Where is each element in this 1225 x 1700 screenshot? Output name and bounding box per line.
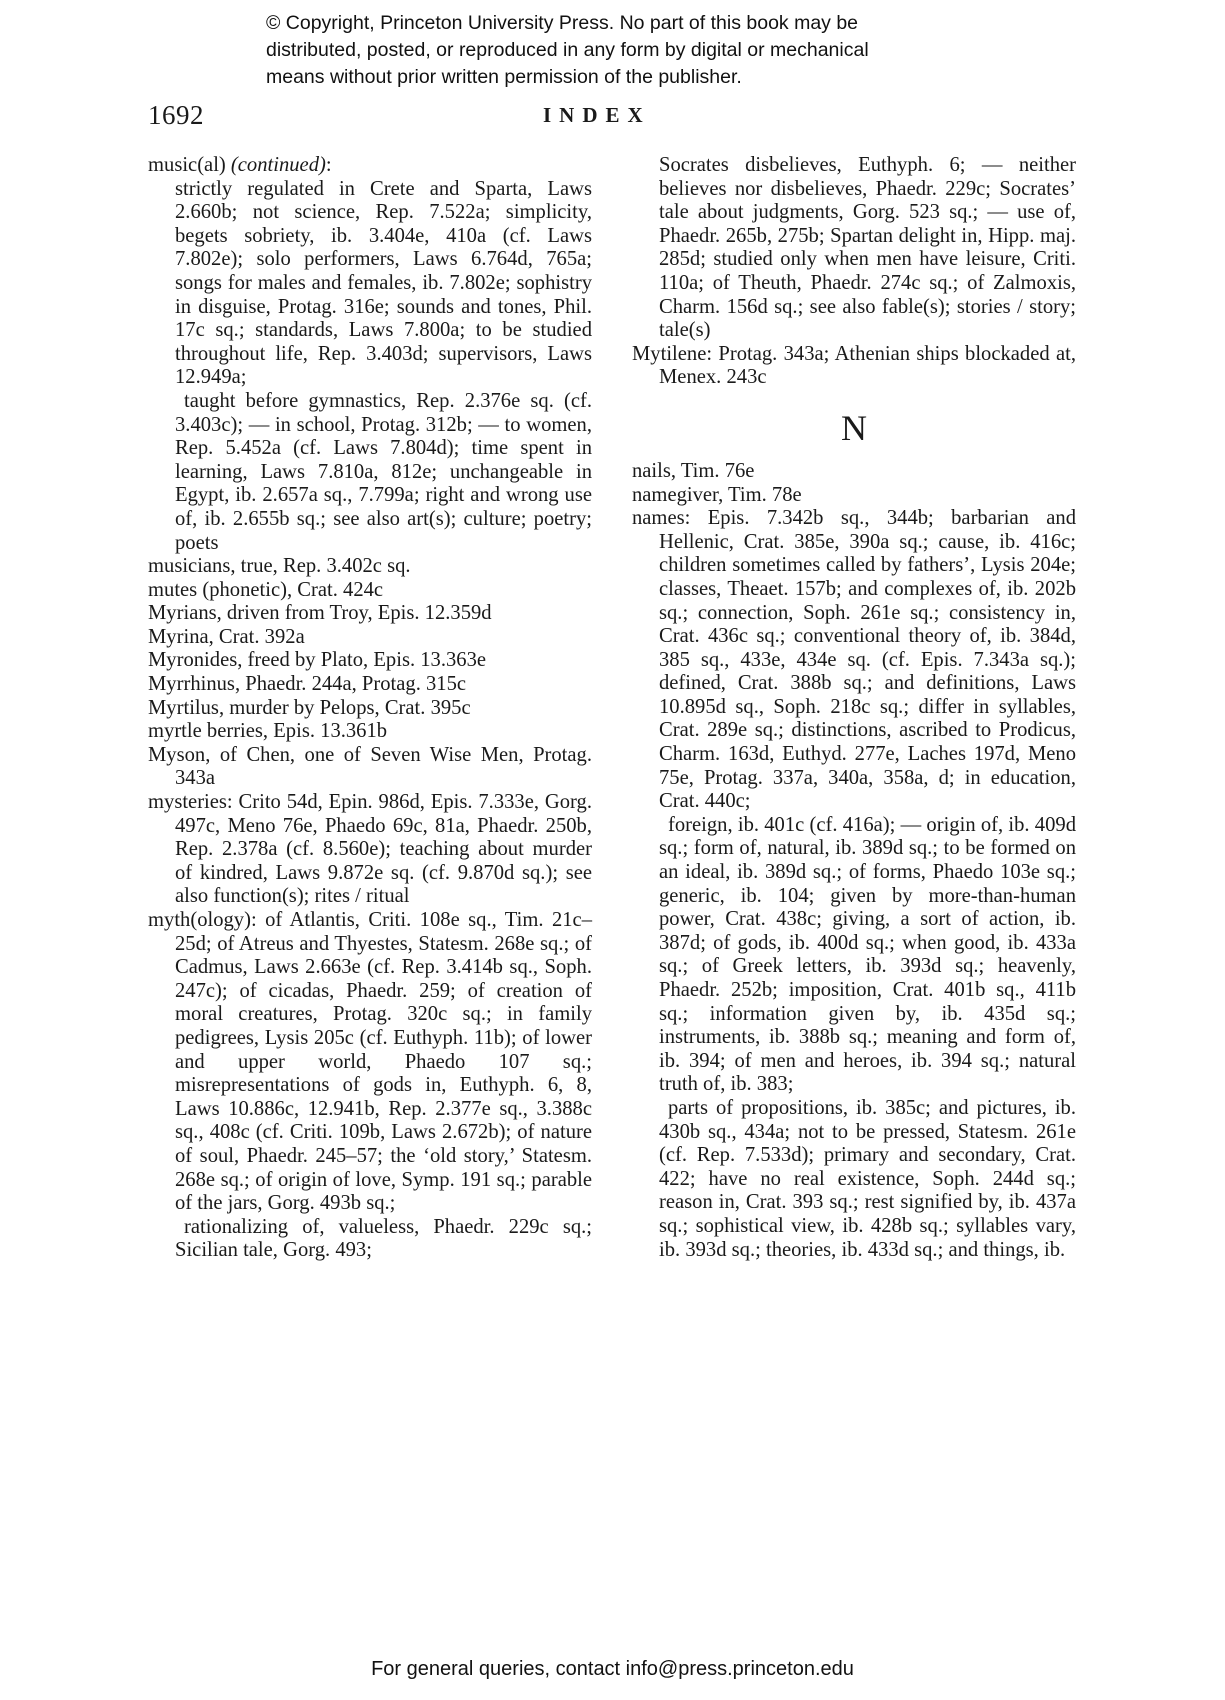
right-column: Socrates disbelieves, Euthyph. 6; — neit… [632,154,1076,1262]
index-subentry: strictly regulated in Crete and Sparta, … [148,178,592,390]
index-entry: myrtle berries, Epis. 13.361b [148,720,592,744]
index-subentry: Socrates disbelieves, Euthyph. 6; — neit… [632,154,1076,343]
index-entry: Myrians, driven from Troy, Epis. 12.359d [148,602,592,626]
index-entry: musicians, true, Rep. 3.402c sq. [148,555,592,579]
left-column: music(al) (continued): strictly regulate… [148,154,592,1263]
index-subentry: foreign, ib. 401c (cf. 416a); — origin o… [632,814,1076,1097]
copyright-line: means without prior written permission o… [266,64,986,91]
running-head: 1692 INDEX [148,100,1088,134]
index-entry: namegiver, Tim. 78e [632,484,1076,508]
index-entry: Myson, of Chen, one of Seven Wise Men, P… [148,744,592,791]
index-entry: music(al) (continued): [148,154,592,178]
index-entry: Myrrhinus, Phaedr. 244a, Protag. 315c [148,673,592,697]
index-entry: Myrtilus, murder by Pelops, Crat. 395c [148,697,592,721]
index-entry: mutes (phonetic), Crat. 424c [148,579,592,603]
index-subentry: parts of propositions, ib. 385c; and pic… [632,1097,1076,1262]
copyright-line: © Copyright, Princeton University Press.… [266,10,986,37]
section-letter-heading: N [632,410,1076,446]
page-number: 1692 [148,100,204,131]
index-subentry: taught before gymnastics, Rep. 2.376e sq… [148,390,592,555]
index-subentry: rationalizing of, valueless, Phaedr. 229… [148,1216,592,1263]
continued-label: (continued) [231,154,326,176]
entry-head: music(al) [148,154,231,176]
index-entry: names: Epis. 7.342b sq., 344b; barbarian… [632,507,1076,814]
index-entry: Myrina, Crat. 392a [148,626,592,650]
index-entry: Mytilene: Protag. 343a; Athenian ships b… [632,343,1076,390]
index-entry: Myronides, freed by Plato, Epis. 13.363e [148,649,592,673]
index-entry: mysteries: Crito 54d, Epin. 986d, Epis. … [148,791,592,909]
copyright-notice: © Copyright, Princeton University Press.… [266,10,986,91]
index-entry: myth(ology): of Atlantis, Criti. 108e sq… [148,909,592,1216]
footer-contact: For general queries, contact info@press.… [0,1658,1225,1681]
page-title: INDEX [543,103,651,128]
index-entry: nails, Tim. 76e [632,460,1076,484]
copyright-line: distributed, posted, or reproduced in an… [266,37,986,64]
